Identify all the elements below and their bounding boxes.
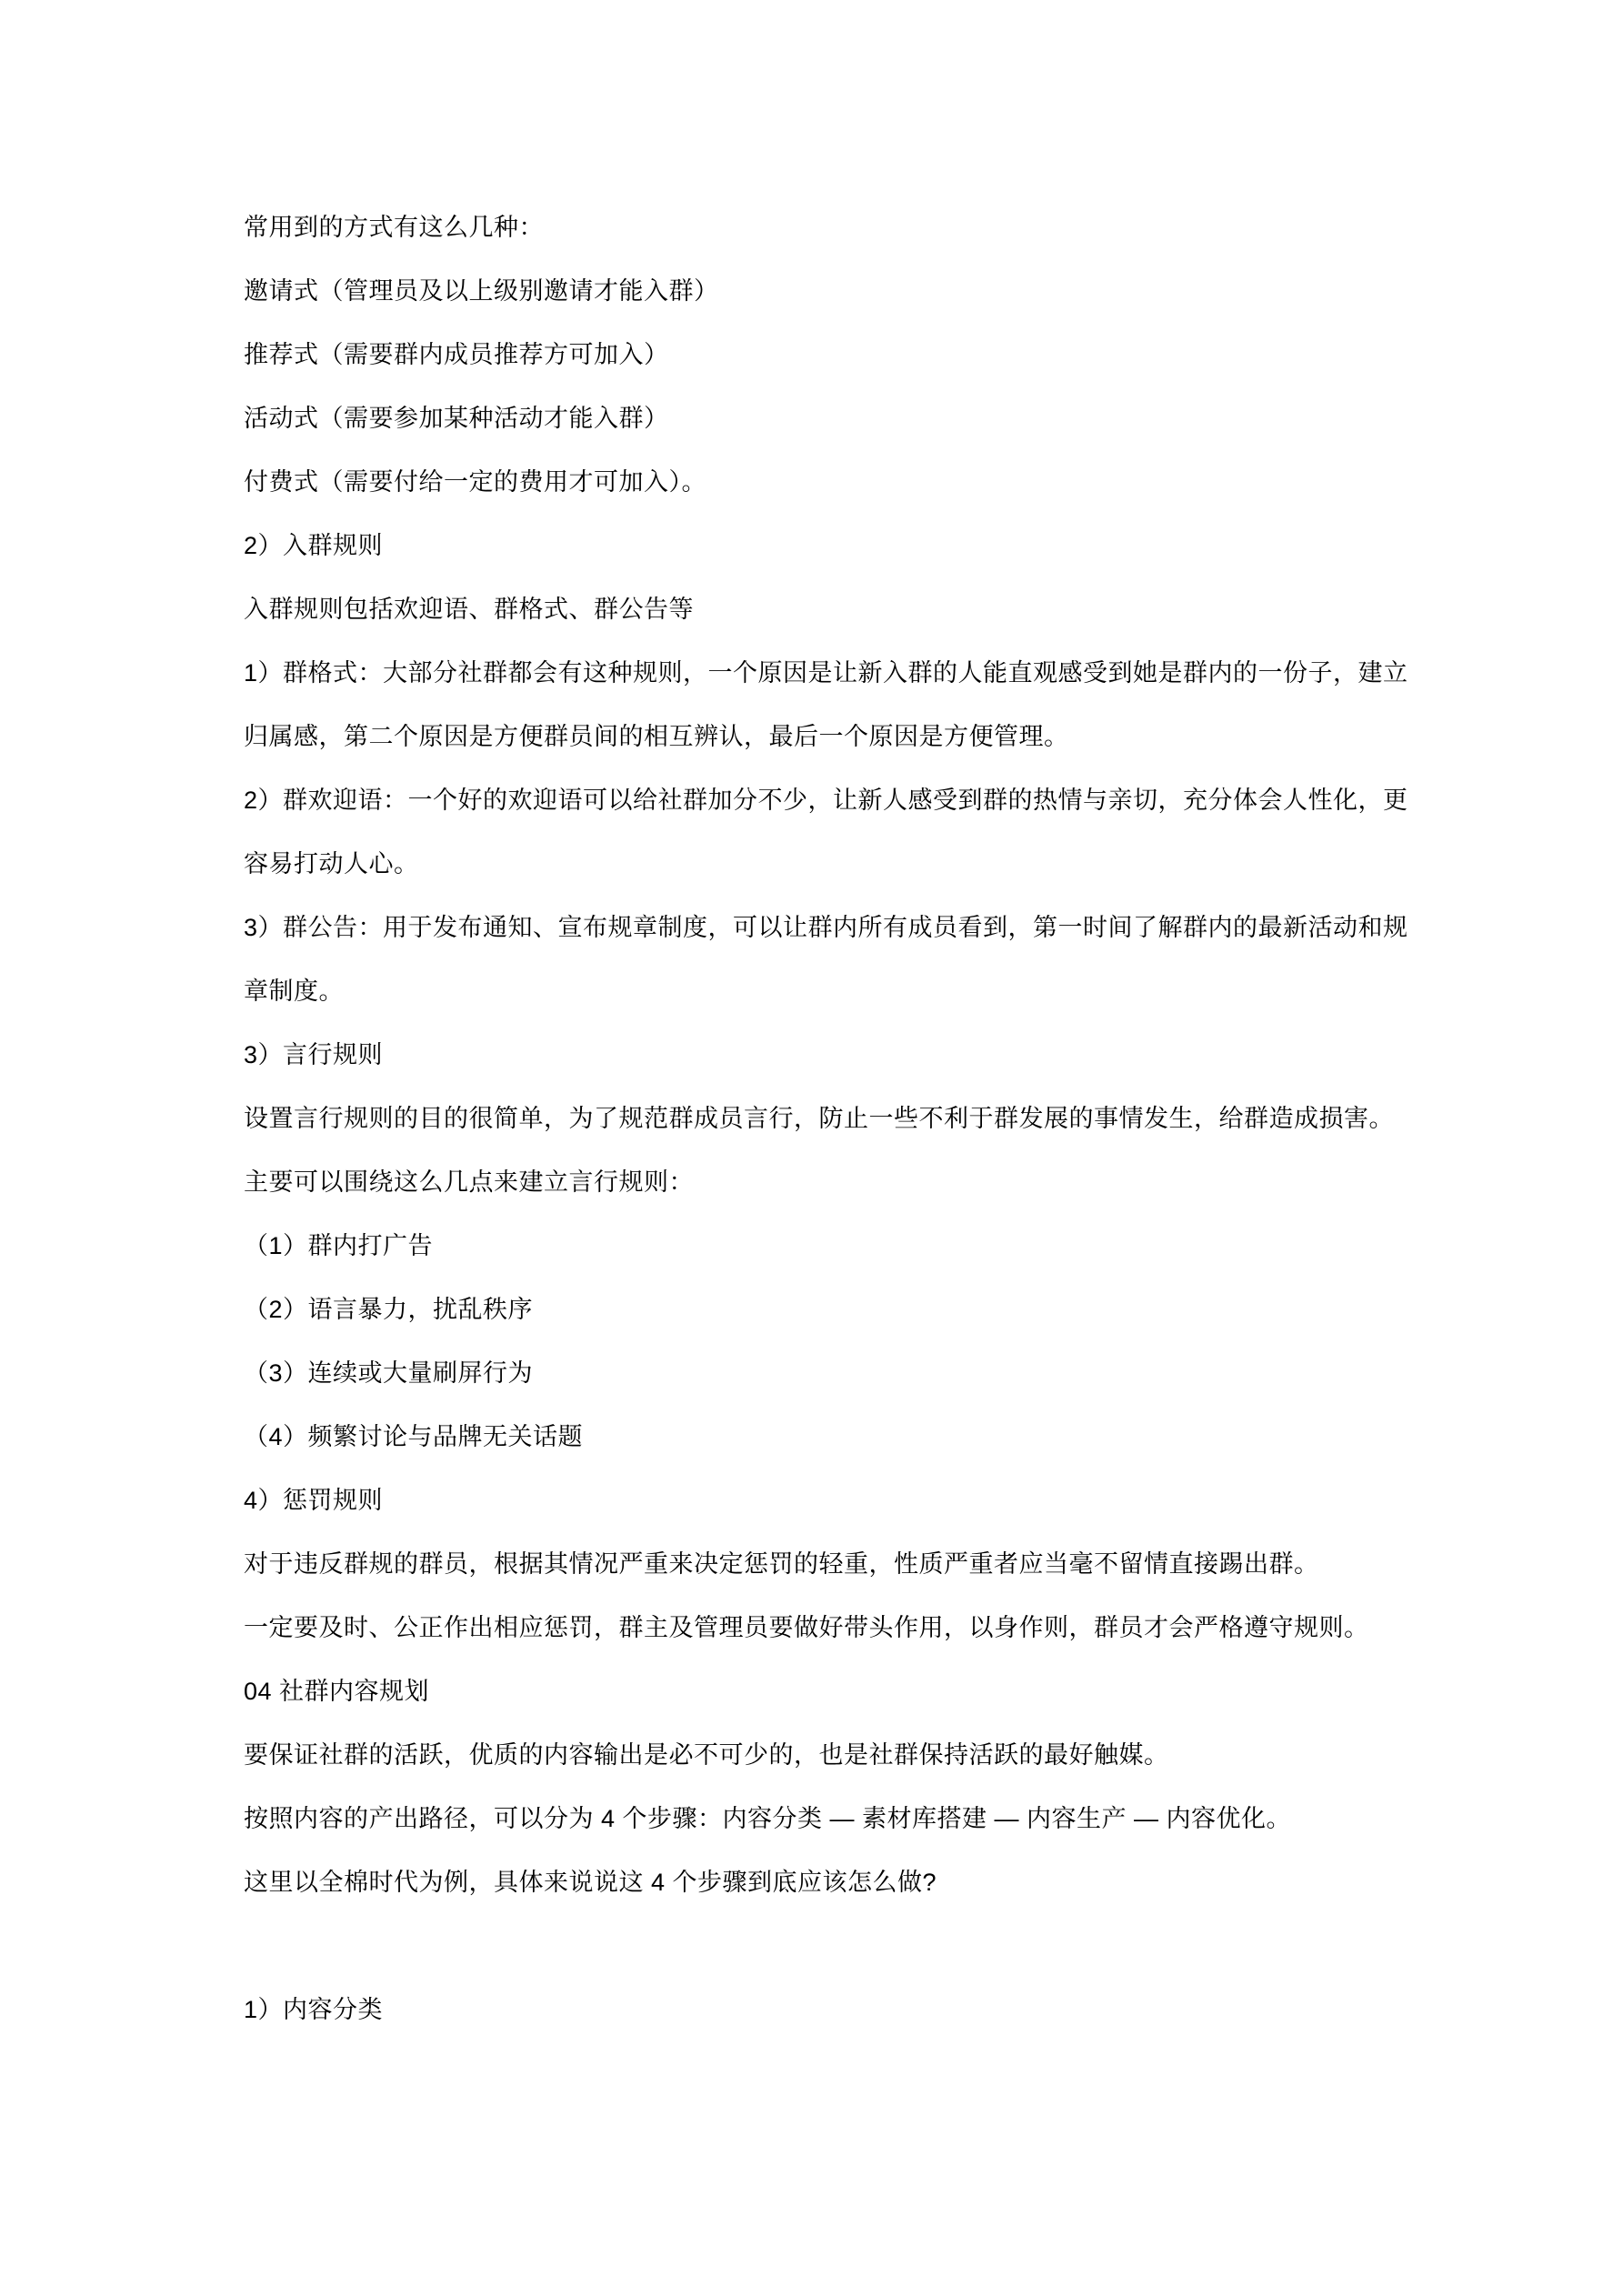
- text-line: 活动式（需要参加某种活动才能入群）: [244, 386, 1589, 450]
- text-line: （3）连续或大量刷屏行为: [244, 1341, 1589, 1405]
- text-line: 04 社群内容规划: [244, 1659, 1589, 1723]
- document-viewport: { "page": { "background_color": "#ffffff…: [0, 0, 1623, 2296]
- document-body: 常用到的方式有这么几种： 邀请式（管理员及以上级别邀请才能入群） 推荐式（需要群…: [244, 196, 1589, 2041]
- text-line: 主要可以围绕这么几点来建立言行规则：: [244, 1150, 1589, 1214]
- text-line: 对于违反群规的群员，根据其情况严重来决定惩罚的轻重，性质严重者应当毫不留情直接踢…: [244, 1532, 1589, 1596]
- text-line: 2）群欢迎语：一个好的欢迎语可以给社群加分不少，让新人感受到群的热情与亲切，充分…: [244, 768, 1589, 832]
- text-line: 按照内容的产出路径，可以分为 4 个步骤：内容分类 — 素材库搭建 — 内容生产…: [244, 1787, 1589, 1850]
- text-line: 3）群公告：用于发布通知、宣布规章制度，可以让群内所有成员看到，第一时间了解群内…: [244, 896, 1589, 959]
- text-line: 这里以全棉时代为例，具体来说说这 4 个步骤到底应该怎么做?: [244, 1850, 1589, 1914]
- text-line: 付费式（需要付给一定的费用才可加入）。: [244, 450, 1589, 514]
- text-line: 4）惩罚规则: [244, 1469, 1589, 1532]
- text-line: 设置言行规则的目的很简单，为了规范群成员言行，防止一些不利于群发展的事情发生，给…: [244, 1087, 1589, 1150]
- text-line: 邀请式（管理员及以上级别邀请才能入群）: [244, 259, 1589, 323]
- text-line: （2）语言暴力，扰乱秩序: [244, 1278, 1589, 1341]
- text-line: 一定要及时、公正作出相应惩罚，群主及管理员要做好带头作用，以身作则，群员才会严格…: [244, 1596, 1589, 1659]
- text-line: （4）频繁讨论与品牌无关话题: [244, 1405, 1589, 1469]
- text-line: 章制度。: [244, 959, 1589, 1023]
- text-line: 容易打动人心。: [244, 832, 1589, 896]
- text-line: 1）群格式：大部分社群都会有这种规则，一个原因是让新入群的人能直观感受到她是群内…: [244, 641, 1589, 705]
- text-line-blank: [244, 1914, 1589, 1978]
- document-page: 常用到的方式有这么几种： 邀请式（管理员及以上级别邀请才能入群） 推荐式（需要群…: [0, 0, 1623, 2296]
- text-line: 归属感，第二个原因是方便群员间的相互辨认，最后一个原因是方便管理。: [244, 705, 1589, 768]
- text-line: 2）入群规则: [244, 514, 1589, 577]
- text-line: 3）言行规则: [244, 1023, 1589, 1087]
- text-line: 要保证社群的活跃，优质的内容输出是必不可少的，也是社群保持活跃的最好触媒。: [244, 1723, 1589, 1787]
- text-line: 入群规则包括欢迎语、群格式、群公告等: [244, 577, 1589, 641]
- text-line: 1）内容分类: [244, 1978, 1589, 2041]
- text-line: 常用到的方式有这么几种：: [244, 196, 1589, 259]
- text-line: 推荐式（需要群内成员推荐方可加入）: [244, 323, 1589, 386]
- text-line: （1）群内打广告: [244, 1214, 1589, 1278]
